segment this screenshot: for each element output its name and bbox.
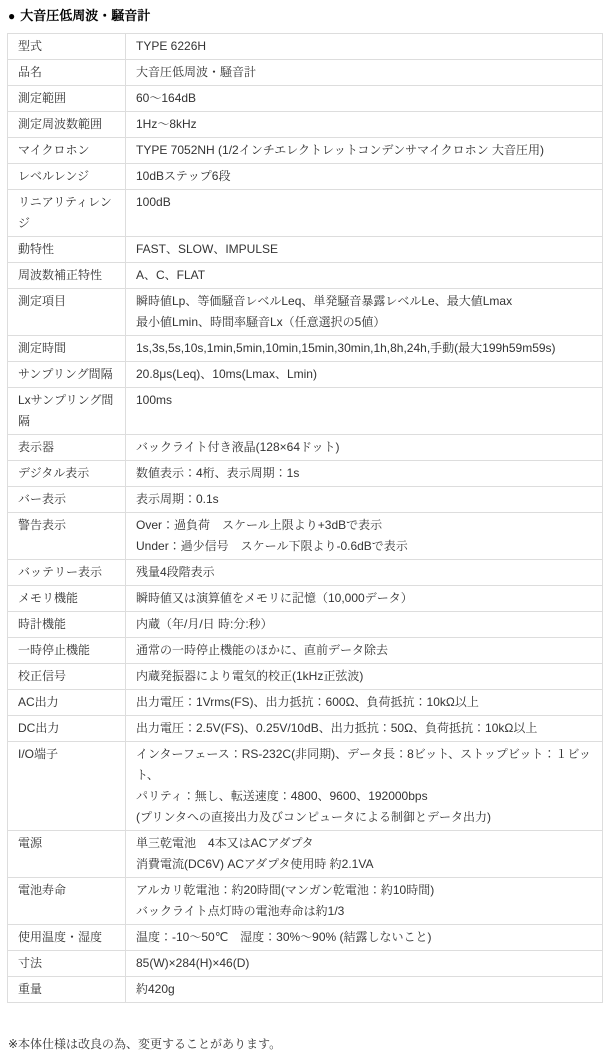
spec-value: 約420g xyxy=(126,977,603,1003)
spec-value-line: 出力電圧：2.5V(FS)、0.25V/10dB、出力抵抗：50Ω、負荷抵抗：1… xyxy=(136,718,592,739)
spec-value: 100dB xyxy=(126,190,603,237)
table-row: AC出力出力電圧：1Vrms(FS)、出力抵抗：600Ω、負荷抵抗：10kΩ以上 xyxy=(8,690,603,716)
spec-value-line: TYPE 6226H xyxy=(136,36,592,57)
spec-label: Lxサンプリング間隔 xyxy=(8,388,126,435)
bullet-icon: ● xyxy=(8,9,15,23)
table-row: 動特性FAST、SLOW、IMPULSE xyxy=(8,237,603,263)
spec-label: 表示器 xyxy=(8,435,126,461)
table-row: レベルレンジ10dBステップ6段 xyxy=(8,164,603,190)
spec-value: 10dBステップ6段 xyxy=(126,164,603,190)
spec-label: 測定周波数範囲 xyxy=(8,112,126,138)
spec-value: バックライト付き液晶(128×64ドット) xyxy=(126,435,603,461)
spec-label: 警告表示 xyxy=(8,513,126,560)
table-row: バー表示表示周期：0.1s xyxy=(8,487,603,513)
spec-label: 動特性 xyxy=(8,237,126,263)
spec-value: 内蔵発振器により電気的校正(1kHz正弦波) xyxy=(126,664,603,690)
spec-value-line: パリティ：無し、転送速度：4800、9600、192000bps xyxy=(136,786,592,807)
spec-label: バッテリー表示 xyxy=(8,560,126,586)
spec-value-line: Over：過負荷 スケール上限より+3dBで表示 xyxy=(136,515,592,536)
spec-value: 出力電圧：1Vrms(FS)、出力抵抗：600Ω、負荷抵抗：10kΩ以上 xyxy=(126,690,603,716)
spec-value-line: バックライト付き液晶(128×64ドット) xyxy=(136,437,592,458)
spec-value-line: 単三乾電池 4本又はACアダプタ xyxy=(136,833,592,854)
spec-value: FAST、SLOW、IMPULSE xyxy=(126,237,603,263)
spec-value-line: 100dB xyxy=(136,192,592,213)
spec-value: A、C、FLAT xyxy=(126,263,603,289)
spec-label: マイクロホン xyxy=(8,138,126,164)
spec-page: ●大音圧低周波・騒音計 型式TYPE 6226H品名大音圧低周波・騒音計測定範囲… xyxy=(0,0,614,1062)
spec-label: 一時停止機能 xyxy=(8,638,126,664)
table-row: デジタル表示数値表示：4桁、表示周期：1s xyxy=(8,461,603,487)
spec-value: 60〜164dB xyxy=(126,86,603,112)
spec-value: 100ms xyxy=(126,388,603,435)
spec-label: レベルレンジ xyxy=(8,164,126,190)
table-row: リニアリティレンジ100dB xyxy=(8,190,603,237)
spec-label: 測定時間 xyxy=(8,336,126,362)
spec-label: I/O端子 xyxy=(8,742,126,831)
spec-value: 20.8μs(Leq)、10ms(Lmax、Lmin) xyxy=(126,362,603,388)
spec-value: 残量4段階表示 xyxy=(126,560,603,586)
spec-value: 数値表示：4桁、表示周期：1s xyxy=(126,461,603,487)
spec-value: 85(W)×284(H)×46(D) xyxy=(126,951,603,977)
spec-value-line: 20.8μs(Leq)、10ms(Lmax、Lmin) xyxy=(136,364,592,385)
table-row: DC出力出力電圧：2.5V(FS)、0.25V/10dB、出力抵抗：50Ω、負荷… xyxy=(8,716,603,742)
spec-value-line: 85(W)×284(H)×46(D) xyxy=(136,953,592,974)
spec-label: 測定項目 xyxy=(8,289,126,336)
spec-value-line: 数値表示：4桁、表示周期：1s xyxy=(136,463,592,484)
spec-value-line: バックライト点灯時の電池寿命は約1/3 xyxy=(136,901,592,922)
table-row: I/O端子インターフェース：RS-232C(非同期)、データ長：8ビット、ストッ… xyxy=(8,742,603,831)
spec-value-line: 瞬時値Lp、等価騒音レベルLeq、単発騒音暴露レベルLe、最大値Lmax xyxy=(136,291,592,312)
table-row: 測定範囲60〜164dB xyxy=(8,86,603,112)
spec-label: 重量 xyxy=(8,977,126,1003)
table-row: 測定項目瞬時値Lp、等価騒音レベルLeq、単発騒音暴露レベルLe、最大値Lmax… xyxy=(8,289,603,336)
spec-label: 周波数補正特性 xyxy=(8,263,126,289)
spec-value: 大音圧低周波・騒音計 xyxy=(126,60,603,86)
spec-value: 1Hz〜8kHz xyxy=(126,112,603,138)
spec-value-line: 内蔵発振器により電気的校正(1kHz正弦波) xyxy=(136,666,592,687)
table-row: 表示器バックライト付き液晶(128×64ドット) xyxy=(8,435,603,461)
spec-value-line: アルカリ乾電池：約20時間(マンガン乾電池：約10時間) xyxy=(136,880,592,901)
spec-value: TYPE 7052NH (1/2インチエレクトレットコンデンサマイクロホン 大音… xyxy=(126,138,603,164)
page-title: ●大音圧低周波・騒音計 xyxy=(8,8,606,24)
spec-label: 寸法 xyxy=(8,951,126,977)
table-row: 重量約420g xyxy=(8,977,603,1003)
spec-value: 瞬時値又は演算値をメモリに記憶（10,000データ） xyxy=(126,586,603,612)
table-row: 一時停止機能通常の一時停止機能のほかに、直前データ除去 xyxy=(8,638,603,664)
table-row: 電池寿命アルカリ乾電池：約20時間(マンガン乾電池：約10時間)バックライト点灯… xyxy=(8,878,603,925)
spec-value-line: 消費電流(DC6V) ACアダプタ使用時 約2.1VA xyxy=(136,854,592,875)
spec-value-line: 最小値Lmin、時間率騒音Lx（任意選択の5値） xyxy=(136,312,592,333)
spec-label: デジタル表示 xyxy=(8,461,126,487)
spec-value-line: TYPE 7052NH (1/2インチエレクトレットコンデンサマイクロホン 大音… xyxy=(136,140,592,161)
spec-label: メモリ機能 xyxy=(8,586,126,612)
table-row: 時計機能内蔵（年/月/日 時:分:秒） xyxy=(8,612,603,638)
table-row: 使用温度・湿度温度：-10〜50℃ 湿度：30%〜90% (結露しないこと) xyxy=(8,925,603,951)
spec-value-line: 内蔵（年/月/日 時:分:秒） xyxy=(136,614,592,635)
table-row: バッテリー表示残量4段階表示 xyxy=(8,560,603,586)
spec-label: バー表示 xyxy=(8,487,126,513)
spec-label: 測定範囲 xyxy=(8,86,126,112)
spec-label: 品名 xyxy=(8,60,126,86)
spec-value: TYPE 6226H xyxy=(126,34,603,60)
spec-value-line: 1Hz〜8kHz xyxy=(136,114,592,135)
spec-value-line: 瞬時値又は演算値をメモリに記憶（10,000データ） xyxy=(136,588,592,609)
spec-value-line: A、C、FLAT xyxy=(136,265,592,286)
spec-value-line: 100ms xyxy=(136,390,592,411)
spec-label: 電池寿命 xyxy=(8,878,126,925)
spec-value-line: 表示周期：0.1s xyxy=(136,489,592,510)
table-row: 品名大音圧低周波・騒音計 xyxy=(8,60,603,86)
spec-label: AC出力 xyxy=(8,690,126,716)
table-row: 校正信号内蔵発振器により電気的校正(1kHz正弦波) xyxy=(8,664,603,690)
table-row: マイクロホンTYPE 7052NH (1/2インチエレクトレットコンデンサマイク… xyxy=(8,138,603,164)
spec-value-line: FAST、SLOW、IMPULSE xyxy=(136,239,592,260)
spec-value-line: 出力電圧：1Vrms(FS)、出力抵抗：600Ω、負荷抵抗：10kΩ以上 xyxy=(136,692,592,713)
table-row: 測定時間1s,3s,5s,10s,1min,5min,10min,15min,3… xyxy=(8,336,603,362)
spec-value-line: 10dBステップ6段 xyxy=(136,166,592,187)
spec-label: 使用温度・湿度 xyxy=(8,925,126,951)
spec-table-body: 型式TYPE 6226H品名大音圧低周波・騒音計測定範囲60〜164dB測定周波… xyxy=(8,34,603,1003)
spec-value: 出力電圧：2.5V(FS)、0.25V/10dB、出力抵抗：50Ω、負荷抵抗：1… xyxy=(126,716,603,742)
spec-value-line: 1s,3s,5s,10s,1min,5min,10min,15min,30min… xyxy=(136,338,592,359)
table-row: 型式TYPE 6226H xyxy=(8,34,603,60)
spec-value: Over：過負荷 スケール上限より+3dBで表示Under：過少信号 スケール下… xyxy=(126,513,603,560)
spec-value-line: インターフェース：RS-232C(非同期)、データ長：8ビット、ストップビット：… xyxy=(136,744,592,786)
spec-value-line: (プリンタへの直接出力及びコンピュータによる制御とデータ出力) xyxy=(136,807,592,828)
spec-value: 瞬時値Lp、等価騒音レベルLeq、単発騒音暴露レベルLe、最大値Lmax最小値L… xyxy=(126,289,603,336)
table-row: 測定周波数範囲1Hz〜8kHz xyxy=(8,112,603,138)
spec-label: 電源 xyxy=(8,831,126,878)
table-row: Lxサンプリング間隔100ms xyxy=(8,388,603,435)
spec-value-line: Under：過少信号 スケール下限より-0.6dBで表示 xyxy=(136,536,592,557)
spec-value: アルカリ乾電池：約20時間(マンガン乾電池：約10時間)バックライト点灯時の電池… xyxy=(126,878,603,925)
page-title-text: 大音圧低周波・騒音計 xyxy=(20,8,150,23)
spec-value-line: 通常の一時停止機能のほかに、直前データ除去 xyxy=(136,640,592,661)
spec-value: 表示周期：0.1s xyxy=(126,487,603,513)
table-row: サンプリング間隔20.8μs(Leq)、10ms(Lmax、Lmin) xyxy=(8,362,603,388)
footer-note: ※本体仕様は改良の為、変更することがあります。 xyxy=(8,1036,606,1052)
table-row: 周波数補正特性A、C、FLAT xyxy=(8,263,603,289)
spec-value-line: 大音圧低周波・騒音計 xyxy=(136,62,592,83)
spec-value-line: 残量4段階表示 xyxy=(136,562,592,583)
spec-value-line: 温度：-10〜50℃ 湿度：30%〜90% (結露しないこと) xyxy=(136,927,592,948)
table-row: 電源単三乾電池 4本又はACアダプタ消費電流(DC6V) ACアダプタ使用時 約… xyxy=(8,831,603,878)
table-row: 警告表示Over：過負荷 スケール上限より+3dBで表示Under：過少信号 ス… xyxy=(8,513,603,560)
spec-value-line: 約420g xyxy=(136,979,592,1000)
table-row: メモリ機能瞬時値又は演算値をメモリに記憶（10,000データ） xyxy=(8,586,603,612)
spec-label: リニアリティレンジ xyxy=(8,190,126,237)
spec-value: 温度：-10〜50℃ 湿度：30%〜90% (結露しないこと) xyxy=(126,925,603,951)
spec-value: 通常の一時停止機能のほかに、直前データ除去 xyxy=(126,638,603,664)
spec-label: 時計機能 xyxy=(8,612,126,638)
spec-value: 1s,3s,5s,10s,1min,5min,10min,15min,30min… xyxy=(126,336,603,362)
spec-table: 型式TYPE 6226H品名大音圧低周波・騒音計測定範囲60〜164dB測定周波… xyxy=(7,33,603,1003)
spec-label: 型式 xyxy=(8,34,126,60)
spec-value: インターフェース：RS-232C(非同期)、データ長：8ビット、ストップビット：… xyxy=(126,742,603,831)
spec-label: サンプリング間隔 xyxy=(8,362,126,388)
spec-value: 単三乾電池 4本又はACアダプタ消費電流(DC6V) ACアダプタ使用時 約2.… xyxy=(126,831,603,878)
spec-label: 校正信号 xyxy=(8,664,126,690)
spec-value: 内蔵（年/月/日 時:分:秒） xyxy=(126,612,603,638)
spec-value-line: 60〜164dB xyxy=(136,88,592,109)
spec-label: DC出力 xyxy=(8,716,126,742)
table-row: 寸法85(W)×284(H)×46(D) xyxy=(8,951,603,977)
